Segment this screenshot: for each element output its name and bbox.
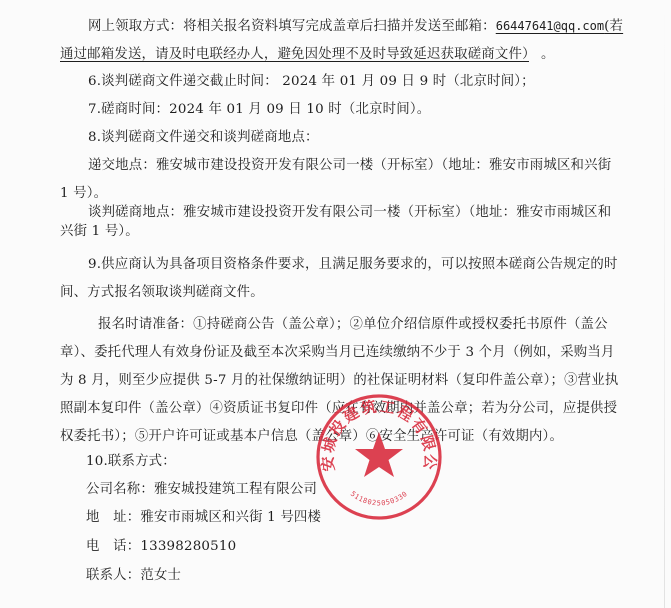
company-name-row: 公司名称：雅安城投建筑工程有限公司 (86, 481, 317, 499)
item9-prep-line4: 照副本复印件（盖公章）④资质证书复印件（应在有效期内并盖公章；若为分公司，应提供… (60, 400, 617, 418)
online-pickup-line2: 通过邮箱发送，请及时电联经办人，避免因处理不及时导致延迟获取磋商文件）。 (60, 46, 555, 64)
phone-value: 13398280510 (140, 539, 236, 554)
item9-prep-line5: 权委托书）；⑤开户许可证或基本户信息（盖公章）⑥安全生产许可证（有效期内）。 (60, 428, 563, 446)
online-pickup-end: 。 (541, 47, 555, 62)
document-page: 网上领取方式：将相关报名资料填写完成盖章后扫描并发送至邮箱：66447641@q… (0, 0, 671, 608)
company-label: 公司名称： (86, 482, 154, 497)
item8-submit-location-line2: 1 号）。 (60, 185, 107, 203)
item9-line1: 9.供应商认为具备项目资格条件要求，且满足服务要求的，可以按照本磋商公告规定的时 (88, 256, 618, 274)
online-pickup-note: 通过邮箱发送，请及时电联经办人，避免因处理不及时导致延迟获取磋商文件） (60, 47, 529, 62)
item6-deadline: 6.谈判磋商文件递交截止时间： 2024 年 01 月 09 日 9 时（北京时… (88, 73, 535, 91)
online-pickup-note-start: (若 (604, 19, 623, 34)
address-row: 地 址：雅安市雨城区和兴街 1 号四楼 (86, 509, 321, 527)
contact-value: 范女士 (140, 568, 181, 583)
item10-title: 10.联系方式： (86, 453, 176, 471)
item8-title: 8.谈判磋商文件递交和谈判磋商地点： (88, 129, 319, 147)
item8-submit-location-line1: 递交地点：雅安城市建设投资开发有限公司一楼（开标室）（地址：雅安市雨城区和兴街 (88, 157, 611, 175)
online-pickup-text: 将相关报名资料填写完成盖章后扫描并发送至邮箱： (183, 19, 496, 34)
item9-prep-line2: 章）、委托代理人有效身份证及截至本次采购当月已连续缴纳不少于 3 个月（例如，采… (60, 344, 615, 362)
item8-negotiation-location-line2: 兴街 1 号）。 (60, 223, 139, 241)
online-pickup-line1: 网上领取方式：将相关报名资料填写完成盖章后扫描并发送至邮箱：66447641@q… (88, 17, 623, 36)
address-label: 地 址： (86, 510, 140, 525)
address-value: 雅安市雨城区和兴街 1 号四楼 (140, 510, 321, 525)
contact-label: 联系人： (86, 568, 140, 583)
stamp-code: 5118025050330 (349, 490, 409, 507)
item8-negotiation-location-line1: 谈判磋商地点：雅安城市建设投资开发有限公司一楼（开标室）（地址：雅安市雨城区和 (88, 204, 611, 222)
online-pickup-label: 网上领取方式： (88, 19, 183, 34)
page-edge-shadow (664, 0, 665, 608)
item9-prep-line1: 报名时请准备：①持磋商公告（盖公章）；②单位介绍信原件或授权委托书原件（盖公 (98, 316, 608, 334)
email-link[interactable]: 66447641@qq.com (496, 19, 604, 33)
svg-text:5118025050330: 5118025050330 (349, 490, 409, 507)
phone-label: 电 话： (86, 539, 140, 554)
item9-line2: 间、方式报名领取谈判磋商文件。 (60, 284, 264, 302)
item7-negotiation-time: 7.磋商时间：2024 年 01 月 09 日 10 时（北京时间）。 (88, 101, 430, 119)
phone-row: 电 话：13398280510 (86, 538, 236, 556)
contact-row: 联系人：范女士 (86, 567, 181, 585)
company-name: 雅安城投建筑工程有限公司 (154, 482, 317, 497)
item9-prep-line3: 为 8 月，则至少应提供 5-7 月的社保缴纳证明）的社保证明材料（复印件盖公章… (60, 372, 618, 390)
